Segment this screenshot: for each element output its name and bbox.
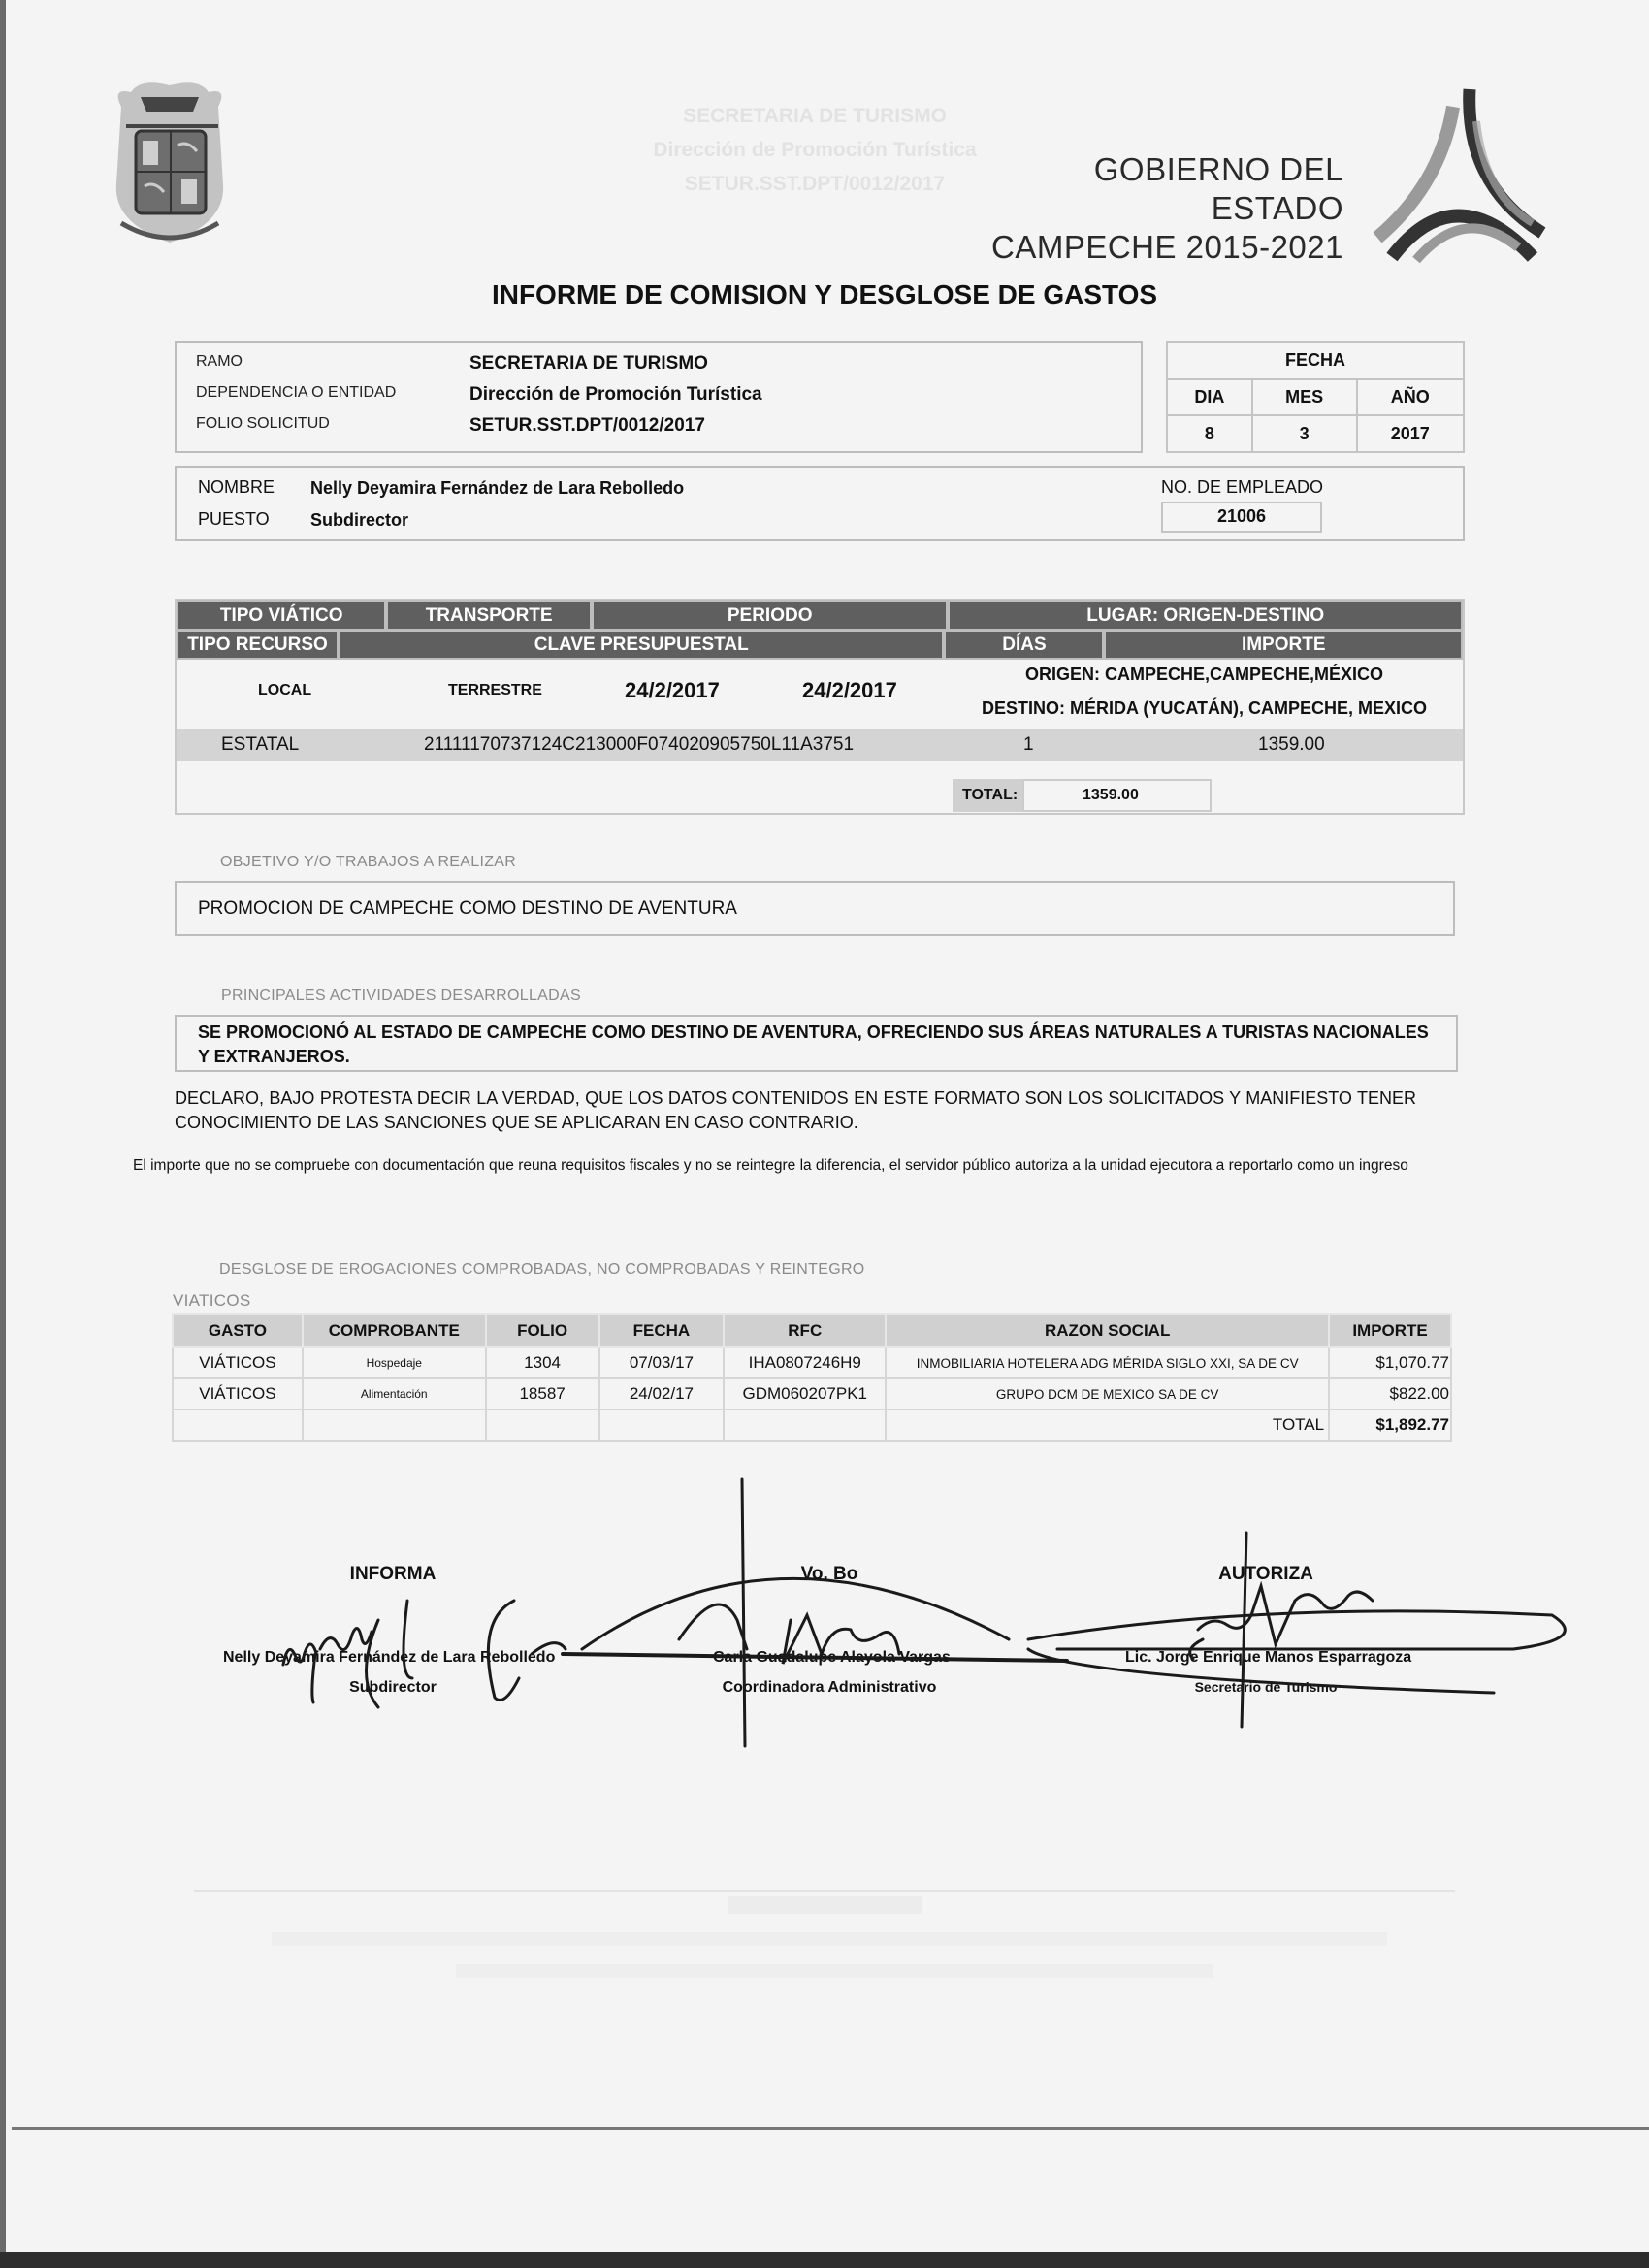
viatico-table: TIPO VIÁTICO TRANSPORTE PERIODO LUGAR: O…: [175, 599, 1465, 815]
col-fecha: FECHA: [599, 1314, 725, 1347]
comprobante-cell: Alimentación: [303, 1378, 486, 1409]
viaticos-subtitle: VIATICOS: [173, 1291, 251, 1311]
tipo-recurso-value: ESTATAL: [221, 734, 299, 756]
dia-label: DIA: [1167, 379, 1252, 416]
objetivo-box: PROMOCION DE CAMPECHE COMO DESTINO DE AV…: [175, 881, 1455, 936]
mes-value: 3: [1252, 415, 1357, 452]
empty-cell: [724, 1409, 886, 1441]
nota-importe-text: El importe que no se compruebe con docum…: [133, 1154, 1438, 1177]
dia-value: 8: [1167, 415, 1252, 452]
razon-cell: INMOBILIARIA HOTELERA ADG MÉRIDA SIGLO X…: [886, 1347, 1329, 1378]
periodo-fin: 24/2/2017: [802, 678, 897, 703]
actividades-label: PRINCIPALES ACTIVIDADES DESARROLLADAS: [221, 988, 581, 1005]
fecha-cell: 07/03/17: [599, 1347, 725, 1378]
nombre-value: Nelly Deyamira Fernández de Lara Rebolle…: [310, 478, 684, 499]
dependencia-value: Dirección de Promoción Turística: [469, 384, 762, 405]
ghost-line-2: Dirección de Promoción Turística: [621, 139, 1009, 162]
header-clave: CLAVE PRESUPUESTAL: [339, 630, 944, 660]
dias-value: 1: [1023, 734, 1034, 756]
anio-label: AÑO: [1357, 379, 1464, 416]
folio-cell: 18587: [486, 1378, 599, 1409]
col-comprobante: COMPROBANTE: [303, 1314, 486, 1347]
coat-of-arms-icon: [102, 78, 238, 252]
num-empleado-value: 21006: [1161, 502, 1322, 533]
ramo-value: SECRETARIA DE TURISMO: [469, 353, 708, 374]
ghost-line-3: SETUR.SST.DPT/0012/2017: [621, 173, 1009, 196]
header-lugar: LUGAR: ORIGEN-DESTINO: [948, 600, 1463, 631]
objetivo-label: OBJETIVO Y/O TRABAJOS A REALIZAR: [220, 854, 516, 871]
puesto-value: Subdirector: [310, 510, 408, 531]
col-razon-social: RAZON SOCIAL: [886, 1314, 1329, 1347]
viatico-header-row-1: TIPO VIÁTICO TRANSPORTE PERIODO LUGAR: O…: [177, 600, 1463, 629]
anio-value: 2017: [1357, 415, 1464, 452]
header-dias: DÍAS: [944, 630, 1104, 660]
page-fold-line: [12, 2127, 1649, 2130]
col-rfc: RFC: [724, 1314, 886, 1347]
nombre-label: NOMBRE: [198, 477, 275, 498]
destino-value: DESTINO: MÉRIDA (YUCATÁN), CAMPECHE, MEX…: [946, 698, 1463, 719]
gov-line-2: CAMPECHE 2015-2021: [970, 228, 1343, 267]
desglose-header-row: GASTO COMPROBANTE FOLIO FECHA RFC RAZON …: [173, 1314, 1451, 1347]
gasto-cell: VIÁTICOS: [173, 1378, 303, 1409]
total-row: TOTAL $1,892.77: [173, 1409, 1451, 1441]
fecha-cell: 24/02/17: [599, 1378, 725, 1409]
table-row: VIÁTICOS Hospedaje 1304 07/03/17 IHA0807…: [173, 1347, 1451, 1378]
comprobante-cell: Hospedaje: [303, 1347, 486, 1378]
num-empleado-label: NO. DE EMPLEADO: [1161, 477, 1323, 498]
actividades-value: SE PROMOCIONÓ AL ESTADO DE CAMPECHE COMO…: [198, 1021, 1439, 1069]
empty-cell: [303, 1409, 486, 1441]
ramo-label: RAMO: [196, 353, 242, 371]
table-row: VIÁTICOS Alimentación 18587 24/02/17 GDM…: [173, 1378, 1451, 1409]
empty-cell: [599, 1409, 725, 1441]
tipo-viatico-value: LOCAL: [258, 682, 311, 699]
header-importe: IMPORTE: [1104, 630, 1463, 660]
objetivo-value: PROMOCION DE CAMPECHE COMO DESTINO DE AV…: [198, 898, 737, 920]
empty-cell: [173, 1409, 303, 1441]
rfc-cell: GDM060207PK1: [724, 1378, 886, 1409]
firma-autoriza-role: AUTORIZA: [1169, 1564, 1363, 1585]
header-periodo: PERIODO: [592, 600, 949, 631]
header-tipo-recurso: TIPO RECURSO: [177, 630, 339, 660]
transporte-value: TERRESTRE: [448, 682, 542, 699]
desglose-total-value: $1,892.77: [1329, 1409, 1451, 1441]
firma-vobo-role: Vo. Bo: [732, 1564, 926, 1585]
folio-cell: 1304: [486, 1347, 599, 1378]
scan-left-edge: [0, 0, 6, 2268]
folio-label: FOLIO SOLICITUD: [196, 415, 330, 433]
header-tipo-viatico: TIPO VIÁTICO: [177, 600, 386, 631]
folio-value: SETUR.SST.DPT/0012/2017: [469, 415, 705, 437]
fecha-label: FECHA: [1167, 342, 1464, 379]
ghost-bottom-line-2: [272, 1932, 1387, 1946]
faint-bottom-rule: [194, 1890, 1455, 1892]
desglose-table: GASTO COMPROBANTE FOLIO FECHA RFC RAZON …: [172, 1313, 1452, 1442]
total-label: TOTAL:: [953, 779, 1022, 812]
importe-cell: $822.00: [1329, 1378, 1451, 1409]
firma-informa-name: Nelly Deyamira Fernández de Lara Rebolle…: [223, 1649, 555, 1667]
header-transporte: TRANSPORTE: [386, 600, 591, 631]
document-title: INFORME DE COMISION Y DESGLOSE DE GASTOS: [0, 279, 1649, 310]
mes-label: MES: [1252, 379, 1357, 416]
razon-cell: GRUPO DCM DE MEXICO SA DE CV: [886, 1378, 1329, 1409]
empty-cell: [486, 1409, 599, 1441]
puesto-label: PUESTO: [198, 509, 270, 530]
firma-informa-role: INFORMA: [296, 1564, 490, 1585]
scan-bottom-bar: [0, 2252, 1649, 2268]
viatico-resource-row: ESTATAL 21111170737124C213000F0740209057…: [177, 729, 1463, 761]
firma-informa-title: Subdirector: [296, 1679, 490, 1697]
employee-box: NOMBRE Nelly Deyamira Fernández de Lara …: [175, 466, 1465, 541]
declaracion-text: DECLARO, BAJO PROTESTA DECIR LA VERDAD, …: [175, 1086, 1416, 1135]
fecha-table: FECHA DIA MES AÑO 8 3 2017: [1166, 341, 1465, 453]
origen-value: ORIGEN: CAMPECHE,CAMPECHE,MÉXICO: [946, 664, 1463, 685]
government-arcs-logo-icon: [1358, 78, 1552, 272]
firma-vobo-name: Carla Guadalupe Alayola Vargas: [713, 1649, 951, 1667]
gasto-cell: VIÁTICOS: [173, 1347, 303, 1378]
ghost-bottom-line-1: [727, 1896, 921, 1914]
importe-value: 1359.00: [1258, 734, 1325, 756]
government-title: GOBIERNO DEL ESTADO CAMPECHE 2015-2021: [970, 150, 1343, 267]
ghost-bottom-line-3: [456, 1964, 1212, 1978]
importe-cell: $1,070.77: [1329, 1347, 1451, 1378]
col-importe: IMPORTE: [1329, 1314, 1451, 1347]
rfc-cell: IHA0807246H9: [724, 1347, 886, 1378]
viatico-header-row-2: TIPO RECURSO CLAVE PRESUPUESTAL DÍAS IMP…: [177, 630, 1463, 658]
total-value: 1359.00: [1022, 779, 1212, 812]
dependency-info-box: RAMO SECRETARIA DE TURISMO DEPENDENCIA O…: [175, 341, 1143, 453]
col-folio: FOLIO: [486, 1314, 599, 1347]
periodo-inicio: 24/2/2017: [625, 678, 720, 703]
firma-autoriza-title: Secretario de Turismo: [1120, 1679, 1411, 1695]
firma-autoriza-name: Lic. Jorge Enrique Manos Esparragoza: [1125, 1649, 1411, 1667]
gov-line-1: GOBIERNO DEL ESTADO: [970, 150, 1343, 228]
firma-vobo-title: Coordinadora Administrativo: [684, 1679, 975, 1697]
desglose-label: DESGLOSE DE EROGACIONES COMPROBADAS, NO …: [219, 1261, 865, 1279]
col-gasto: GASTO: [173, 1314, 303, 1347]
dependencia-label: DEPENDENCIA O ENTIDAD: [196, 384, 396, 402]
ghost-line-1: SECRETARIA DE TURISMO: [621, 105, 1009, 128]
desglose-total-label: TOTAL: [886, 1409, 1329, 1441]
actividades-box: SE PROMOCIONÓ AL ESTADO DE CAMPECHE COMO…: [175, 1015, 1458, 1072]
clave-presupuestal-value: 21111170737124C213000F074020905750L11A37…: [424, 734, 854, 756]
